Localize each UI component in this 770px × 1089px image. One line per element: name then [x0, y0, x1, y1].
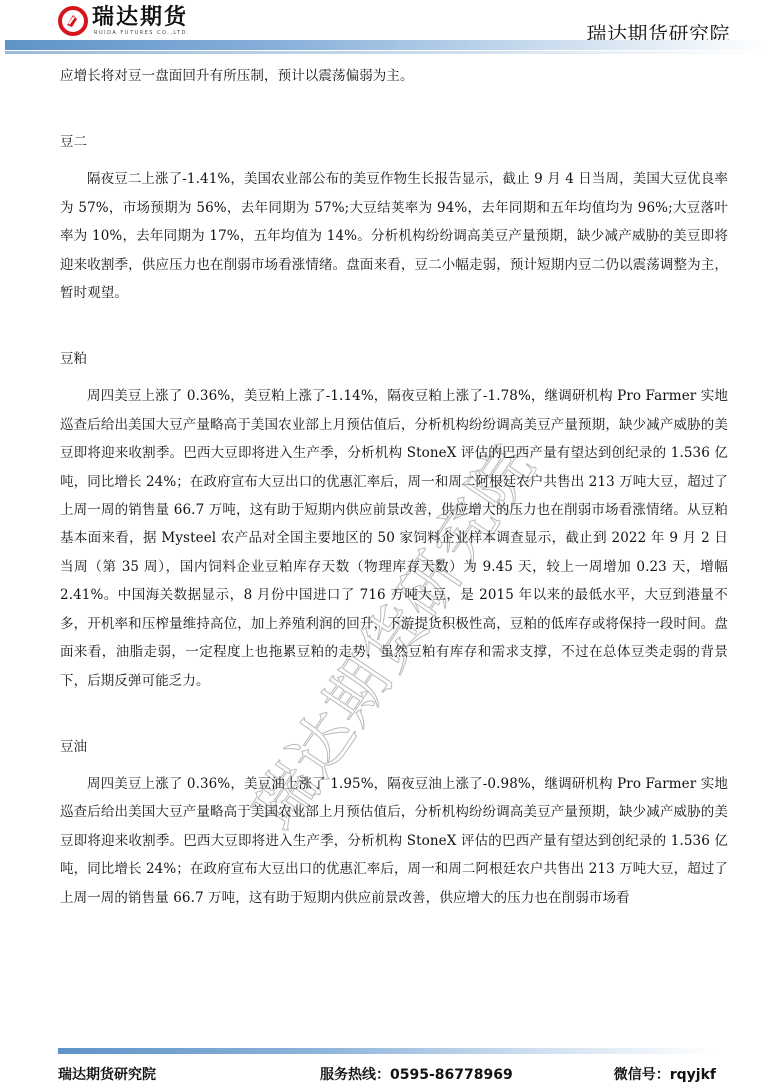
- report-body: 应增长将对豆一盘面回升有所压制，预计以震荡偏弱为主。 豆二 隔夜豆二上涨了-1.…: [60, 62, 728, 912]
- page-header: 瑞达期货 RUIDA FUTURES CO.,LTD. 瑞达期货研究院: [0, 0, 770, 60]
- logo-english-name: RUIDA FUTURES CO.,LTD.: [94, 30, 190, 37]
- footer-hotline: 服务热线：0595-86778969: [320, 1064, 513, 1084]
- section-title: 豆油: [60, 733, 728, 761]
- header-divider-line: [5, 51, 770, 54]
- section-paragraph: 周四美豆上涨了 0.36%，美豆油上涨了 1.95%，隔夜豆油上涨了-0.98%…: [60, 770, 728, 912]
- footer-gradient-bar: [58, 1048, 716, 1054]
- section-paragraph: 隔夜豆二上涨了-1.41%，美国农业部公布的美豆作物生长报告显示，截止 9 月 …: [60, 165, 728, 307]
- section-title: 豆二: [60, 128, 728, 156]
- section-soybean-no2: 豆二 隔夜豆二上涨了-1.41%，美国农业部公布的美豆作物生长报告显示，截止 9…: [60, 128, 728, 307]
- section-title: 豆粕: [60, 345, 728, 373]
- logo-chinese-name: 瑞达期货: [92, 6, 190, 30]
- section-paragraph: 周四美豆上涨了 0.36%，美豆粕上涨了-1.14%，隔夜豆粕上涨了-1.78%…: [60, 382, 728, 694]
- company-logo: 瑞达期货 RUIDA FUTURES CO.,LTD.: [58, 6, 190, 37]
- footer-org-name: 瑞达期货研究院: [58, 1064, 156, 1084]
- footer-wechat-id: 微信号：rqyjkf: [614, 1064, 716, 1084]
- section-soybean-meal: 豆粕 周四美豆上涨了 0.36%，美豆粕上涨了-1.14%，隔夜豆粕上涨了-1.…: [60, 345, 728, 694]
- intro-paragraph: 应增长将对豆一盘面回升有所压制，预计以震荡偏弱为主。: [60, 62, 728, 90]
- ruida-logo-icon: [58, 6, 88, 36]
- header-gradient-bar: [5, 40, 770, 50]
- page-footer: 瑞达期货研究院 服务热线：0595-86778969 微信号：rqyjkf: [58, 1064, 716, 1084]
- section-soybean-oil: 豆油 周四美豆上涨了 0.36%，美豆油上涨了 1.95%，隔夜豆油上涨了-0.…: [60, 733, 728, 912]
